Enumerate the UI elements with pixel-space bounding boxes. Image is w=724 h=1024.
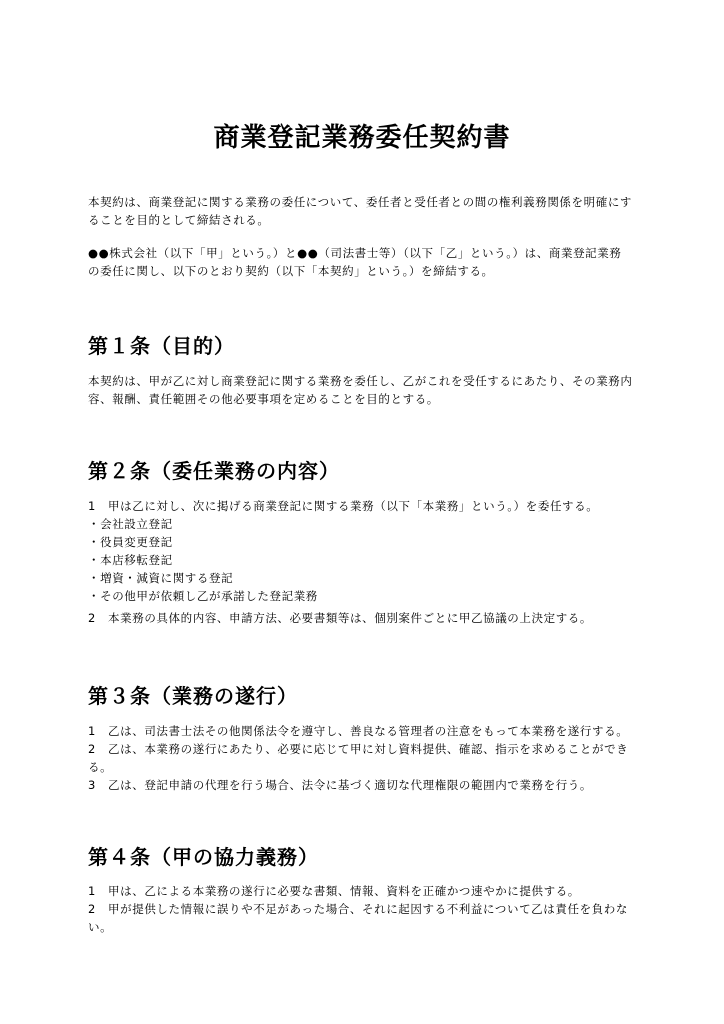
text-line: 本契約は、甲が乙に対し商業登記に関する業務を委任し、乙がこれを受任するにあたり、… <box>88 372 644 390</box>
article-2-body: 1 甲は乙に対し、次に掲げる商業登記に関する業務（以下「本業務」という。）を委任… <box>88 497 644 605</box>
document-page: 商業登記業務委任契約書 本契約は、商業登記に関する業務の委任について、委任者と受… <box>0 0 724 1024</box>
list-item: ・会社設立登記 <box>88 515 644 533</box>
article-2-clause-2: 2 本業務の具体的内容、申請方法、必要書類等は、個別案件ごとに甲乙協議の上決定す… <box>88 609 644 627</box>
text-line: 容、報酬、責任範囲その他必要事項を定めることを目的とする。 <box>88 390 644 408</box>
article-3-body: 1 乙は、司法書士法その他関係法令を遵守し、善良なる管理者の注意をもって本業務を… <box>88 722 644 794</box>
article-1-body: 本契約は、甲が乙に対し商業登記に関する業務を委任し、乙がこれを受任するにあたり、… <box>88 372 644 408</box>
preamble-paragraph-1: 本契約は、商業登記に関する業務の委任について、委任者と受任者との間の権利義務関係… <box>88 193 644 229</box>
text-line: 2 甲が提供した情報に誤りや不足があった場合、それに起因する不利益について乙は責… <box>88 900 644 918</box>
text-line: 本契約は、商業登記に関する業務の委任について、委任者と受任者との間の権利義務関係… <box>88 193 644 211</box>
text-line: 3 乙は、登記申請の代理を行う場合、法令に基づく適切な代理権限の範囲内で業務を行… <box>88 776 644 794</box>
list-item: ・役員変更登記 <box>88 533 644 551</box>
document-title: 商業登記業務委任契約書 <box>0 117 724 154</box>
list-item: ・増資・減資に関する登記 <box>88 569 644 587</box>
text-line: 1 乙は、司法書士法その他関係法令を遵守し、善良なる管理者の注意をもって本業務を… <box>88 722 644 740</box>
text-line: 2 本業務の具体的内容、申請方法、必要書類等は、個別案件ごとに甲乙協議の上決定す… <box>88 609 644 627</box>
article-1-heading: 第１条（目的） <box>88 330 235 359</box>
text-line: る。 <box>88 758 644 776</box>
article-4-body: 1 甲は、乙による本業務の遂行に必要な書類、情報、資料を正確かつ速やかに提供する… <box>88 882 644 936</box>
text-line: の委任に関し、以下のとおり契約（以下「本契約」という。）を締結する。 <box>88 262 644 280</box>
text-line: ることを目的として締結される。 <box>88 211 644 229</box>
text-line: 2 乙は、本業務の遂行にあたり、必要に応じて甲に対し資料提供、確認、指示を求める… <box>88 740 644 758</box>
text-line: ●●株式会社（以下「甲」という。）と●●（司法書士等）（以下「乙」という。）は、… <box>88 244 644 262</box>
article-3-heading: 第３条（業務の遂行） <box>88 680 298 709</box>
list-item: ・本店移転登記 <box>88 551 644 569</box>
list-item: ・その他甲が依頼し乙が承諾した登記業務 <box>88 587 644 605</box>
text-line: 1 甲は乙に対し、次に掲げる商業登記に関する業務（以下「本業務」という。）を委任… <box>88 497 644 515</box>
article-4-heading: 第４条（甲の協力義務） <box>88 841 319 870</box>
preamble-paragraph-2: ●●株式会社（以下「甲」という。）と●●（司法書士等）（以下「乙」という。）は、… <box>88 244 644 280</box>
article-2-heading: 第２条（委任業務の内容） <box>88 455 340 484</box>
text-line: い。 <box>88 918 644 936</box>
text-line: 1 甲は、乙による本業務の遂行に必要な書類、情報、資料を正確かつ速やかに提供する… <box>88 882 644 900</box>
